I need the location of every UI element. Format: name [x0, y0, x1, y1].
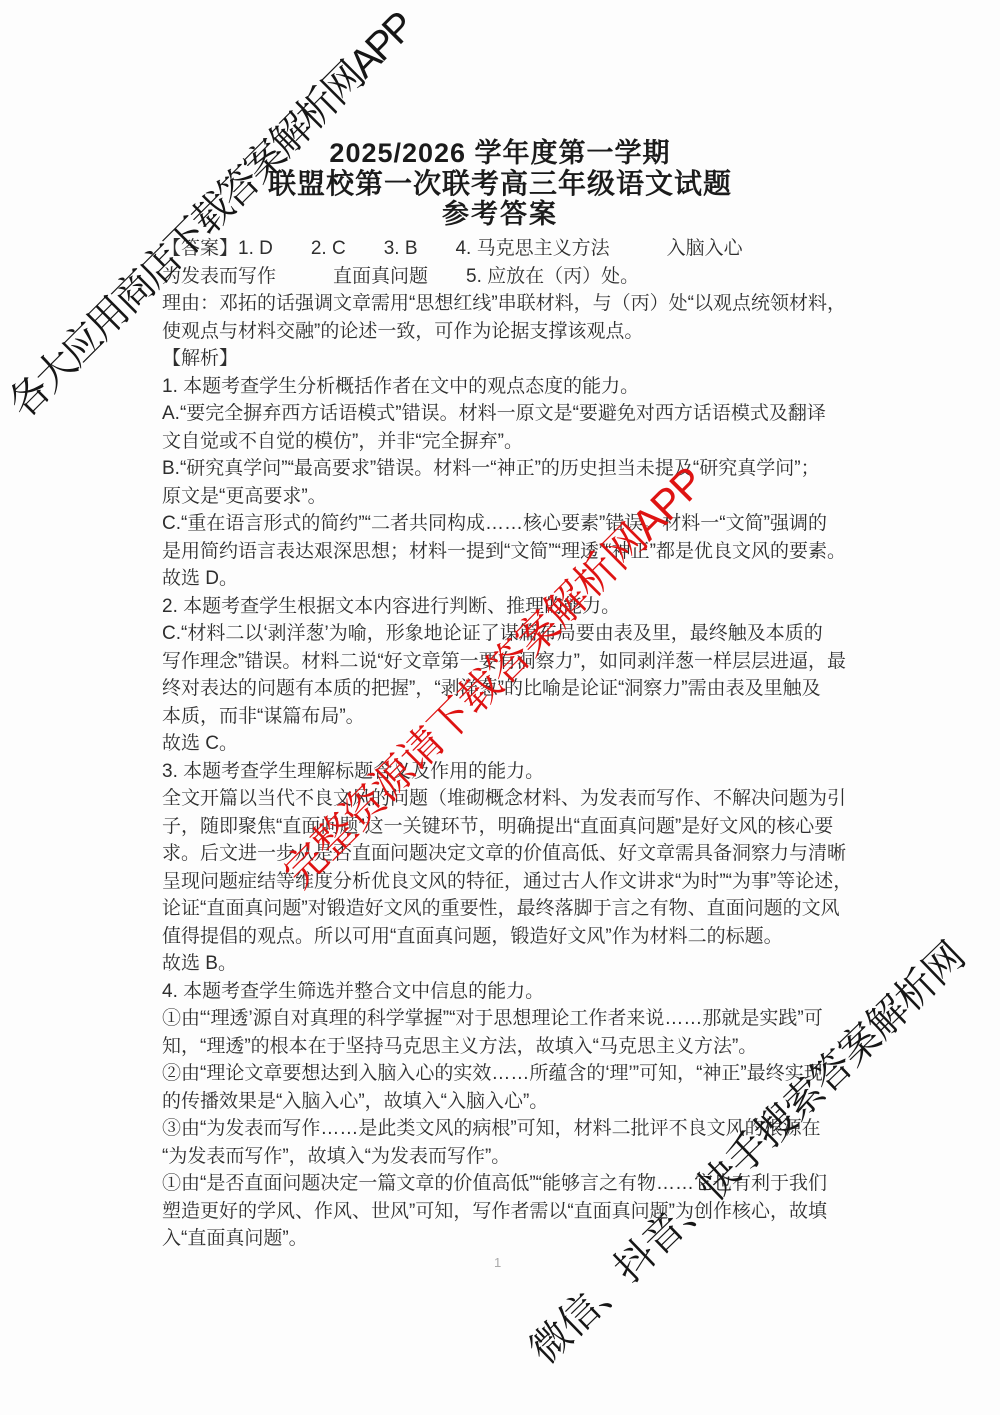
analysis-line: 故选 C。	[162, 730, 862, 758]
answer-reason-line: 使观点与材料交融”的论述一致，可作为论据支撑该观点。	[162, 318, 862, 346]
analysis-line: 本质，而非“谋篇布局”。	[162, 703, 862, 731]
analysis-line: C.“重在语言形式的简约”“二者共同构成……核心要素”错误。材料一“文简”强调的	[162, 510, 862, 538]
answer-key-line: 为发表而写作 直面真问题 5. 应放在（丙）处。	[162, 263, 862, 291]
title-reference-answers: 参考答案	[0, 199, 1000, 230]
title-exam-name: 联盟校第一次联考高三年级语文试题	[0, 168, 1000, 199]
analysis-line: ①由“是否直面问题决定一篇文章的价值高低”“能够言之有物……它也有利于我们	[162, 1170, 862, 1198]
analysis-line: ②由“理论文章要想达到入脑入心的实效……所蕴含的‘理’”可知，“神正”最终实现	[162, 1060, 862, 1088]
analysis-line: ①由“‘理透’源自对真理的科学掌握”“对于思想理论工作者来说……那就是实践”可	[162, 1005, 862, 1033]
analysis-line: 值得提倡的观点。所以可用“直面真问题，锻造好文风”作为材料二的标题。	[162, 923, 862, 951]
answer-analysis-body: 【答案】1. D 2. C 3. B 4. 马克思主义方法 入脑入心 为发表而写…	[162, 235, 862, 1253]
analysis-line: 论证“直面真问题”对锻造好文风的重要性，最终落脚于言之有物、直面问题的文风	[162, 895, 862, 923]
analysis-line: 呈现问题症结等维度分析优良文风的特征，通过古人作文讲求“为时”“为事”等论述，	[162, 868, 862, 896]
analysis-line: 4. 本题考查学生筛选并整合文中信息的能力。	[162, 978, 862, 1006]
scanned-answer-sheet-page: 2025/2026 学年度第一学期 联盟校第一次联考高三年级语文试题 参考答案 …	[0, 0, 1000, 1415]
analysis-line: 故选 B。	[162, 950, 862, 978]
analysis-line: 3. 本题考查学生理解标题含义及作用的能力。	[162, 758, 862, 786]
document-header: 2025/2026 学年度第一学期 联盟校第一次联考高三年级语文试题 参考答案	[0, 0, 1000, 230]
analysis-line: 写作理念”错误。材料二说“好文章第一要有洞察力”，如同剥洋葱一样层层进逼，最	[162, 648, 862, 676]
analysis-line: 故选 D。	[162, 565, 862, 593]
analysis-line: 全文开篇以当代不良文风的问题（堆砌概念材料、为发表而写作、不解决问题为引	[162, 785, 862, 813]
page-number: 1	[494, 1255, 501, 1270]
analysis-line: 知，“理透”的根本在于坚持马克思主义方法，故填入“马克思主义方法”。	[162, 1033, 862, 1061]
analysis-line: 求。后文进一步从是否直面问题决定文章的价值高低、好文章需具备洞察力与清晰	[162, 840, 862, 868]
analysis-line: 塑造更好的学风、作风、世风”可知，写作者需以“直面真问题”为创作核心，故填	[162, 1198, 862, 1226]
analysis-line: A.“要完全摒弃西方话语模式”错误。材料一原文是“要避免对西方话语模式及翻译	[162, 400, 862, 428]
answer-key-line: 【答案】1. D 2. C 3. B 4. 马克思主义方法 入脑入心	[162, 235, 862, 263]
analysis-line: B.“研究真学问”“最高要求”错误。材料一“神正”的历史担当未提及“研究真学问”…	[162, 455, 862, 483]
analysis-line: 1. 本题考查学生分析概括作者在文中的观点态度的能力。	[162, 373, 862, 401]
analysis-heading: 【解析】	[162, 345, 862, 373]
title-school-year: 2025/2026 学年度第一学期	[0, 138, 1000, 168]
answer-reason-line: 理由：邓拓的话强调文章需用“思想红线”串联材料，与（丙）处“以观点统领材料，	[162, 290, 862, 318]
analysis-line: 2. 本题考查学生根据文本内容进行判断、推理的能力。	[162, 593, 862, 621]
analysis-line: 入“直面真问题”。	[162, 1225, 862, 1253]
analysis-line: 的传播效果是“入脑入心”，故填入“入脑入心”。	[162, 1088, 862, 1116]
analysis-line: 是用简约语言表达艰深思想；材料一提到“文简”“理透”“神正”都是优良文风的要素。	[162, 538, 862, 566]
analysis-line: ③由“为发表而写作……是此类文风的病根”可知，材料二批评不良文风的根源在	[162, 1115, 862, 1143]
analysis-line: 原文是“更高要求”。	[162, 483, 862, 511]
analysis-line: 终对表达的问题有本质的把握”，“剥洋葱”的比喻是论证“洞察力”需由表及里触及	[162, 675, 862, 703]
analysis-line: “为发表而写作”，故填入“为发表而写作”。	[162, 1143, 862, 1171]
analysis-line: 文自觉或不自觉的模仿”，并非“完全摒弃”。	[162, 428, 862, 456]
analysis-line: C.“材料二以‘剥洋葱’为喻，形象地论证了谋篇布局要由表及里，最终触及本质的	[162, 620, 862, 648]
analysis-line: 子，随即聚焦“直面问题”这一关键环节，明确提出“直面真问题”是好文风的核心要	[162, 813, 862, 841]
